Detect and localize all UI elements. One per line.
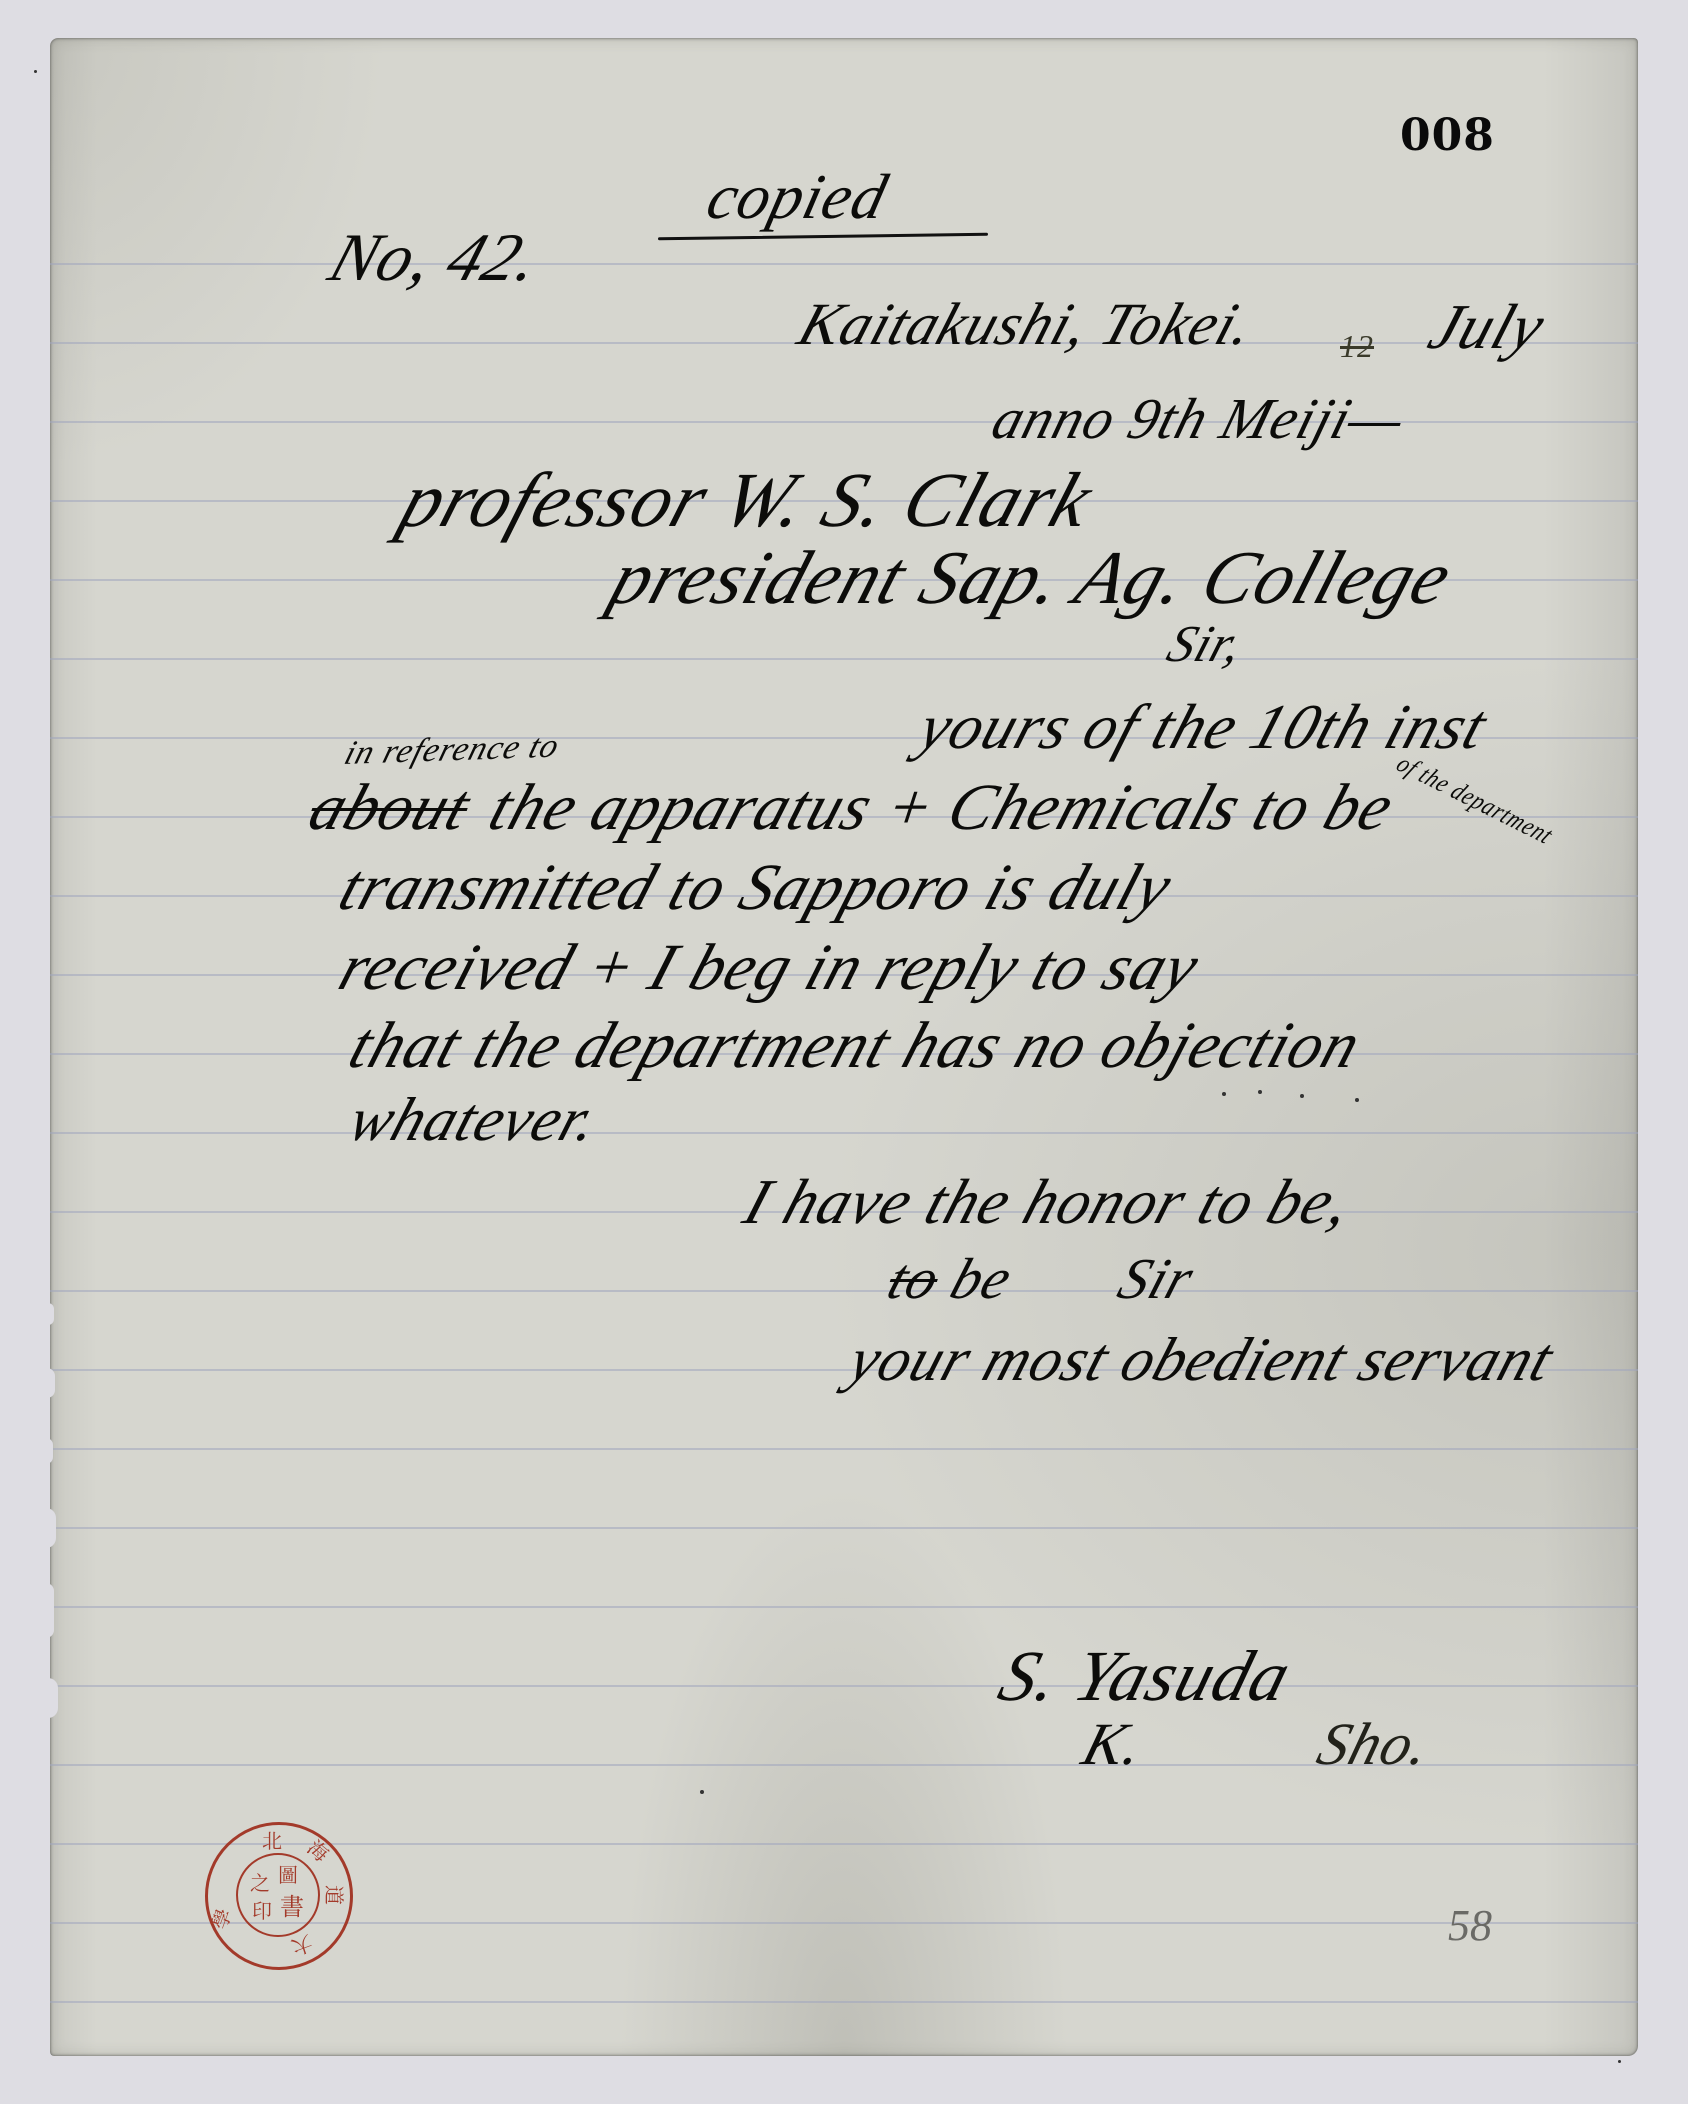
body-line-4: received + I beg in reply to say bbox=[330, 930, 1209, 1006]
signature-title: Sho. bbox=[1310, 1710, 1439, 1779]
dateline-day-struck: 12 bbox=[1340, 328, 1374, 365]
dateline-year: anno 9th Meiji— bbox=[985, 385, 1412, 452]
ink-speck bbox=[1258, 1090, 1262, 1094]
ruled-line bbox=[50, 1132, 1638, 1134]
ruled-line bbox=[50, 2001, 1638, 2003]
seal-char: 書 bbox=[280, 1895, 304, 1919]
copied-annotation: copied bbox=[700, 160, 895, 234]
ruled-line bbox=[50, 263, 1638, 265]
ruled-line bbox=[50, 1290, 1638, 1292]
body-line-2-visible: the apparatus + Chemicals to be bbox=[481, 771, 1403, 844]
archive-pencil-number: 58 bbox=[1448, 1900, 1492, 1951]
signature-name: S. Yasuda bbox=[990, 1635, 1300, 1718]
ruled-line bbox=[50, 1685, 1638, 1687]
body-line-6: whatever. bbox=[340, 1085, 608, 1156]
ink-speck bbox=[34, 70, 37, 73]
ink-speck bbox=[1222, 1092, 1226, 1096]
seal-char: 之 bbox=[250, 1873, 270, 1893]
library-seal: 北 海 道 大 學 圖 書 之 印 bbox=[205, 1822, 353, 1970]
closing-be: be bbox=[943, 1246, 1021, 1311]
body-line-5: that the department has no objection bbox=[340, 1008, 1370, 1084]
ruled-line bbox=[50, 1448, 1638, 1450]
dateline-place: Kaitakushi, Tokei. bbox=[790, 290, 1263, 359]
addressee-name: professor W. S. Clark bbox=[390, 455, 1104, 545]
addressee-title: president Sap. Ag. College bbox=[600, 535, 1463, 622]
closing-line-1: I have the honor to be, bbox=[735, 1165, 1361, 1239]
page-number-stamp: 008 bbox=[1400, 110, 1495, 161]
ink-speck bbox=[700, 1790, 704, 1794]
closing-line-2: to be Sir bbox=[880, 1245, 1203, 1312]
ink-speck bbox=[1300, 1094, 1304, 1098]
seal-char: 大 bbox=[289, 1932, 315, 1958]
body-line-3: transmitted to Sapporo is duly bbox=[330, 850, 1182, 926]
seal-char: 北 bbox=[262, 1831, 282, 1851]
torn-edge bbox=[46, 1583, 54, 1638]
seal-char: 印 bbox=[252, 1901, 272, 1921]
closing-line-3: your most obedient servant bbox=[840, 1325, 1562, 1396]
body-line-2-rest: the apparatus + Chemicals to be bbox=[480, 770, 1403, 846]
torn-edge bbox=[46, 1678, 58, 1718]
ink-speck bbox=[1618, 2060, 1621, 2063]
ruled-line bbox=[50, 1527, 1638, 1529]
seal-char: 道 bbox=[324, 1885, 344, 1905]
torn-edge bbox=[46, 1368, 55, 1398]
letter-number: No, 42. bbox=[320, 218, 551, 297]
seal-char: 海 bbox=[304, 1837, 332, 1865]
insertion-in-reference-to: in reference to bbox=[340, 728, 564, 773]
ink-speck bbox=[1355, 1098, 1359, 1102]
seal-char: 圖 bbox=[278, 1865, 298, 1885]
torn-edge bbox=[46, 1438, 53, 1464]
ruled-line bbox=[50, 1606, 1638, 1608]
torn-edge bbox=[46, 1303, 54, 1325]
seal-char: 學 bbox=[209, 1906, 235, 1932]
ruled-line bbox=[50, 658, 1638, 660]
torn-edge bbox=[46, 1508, 56, 1548]
